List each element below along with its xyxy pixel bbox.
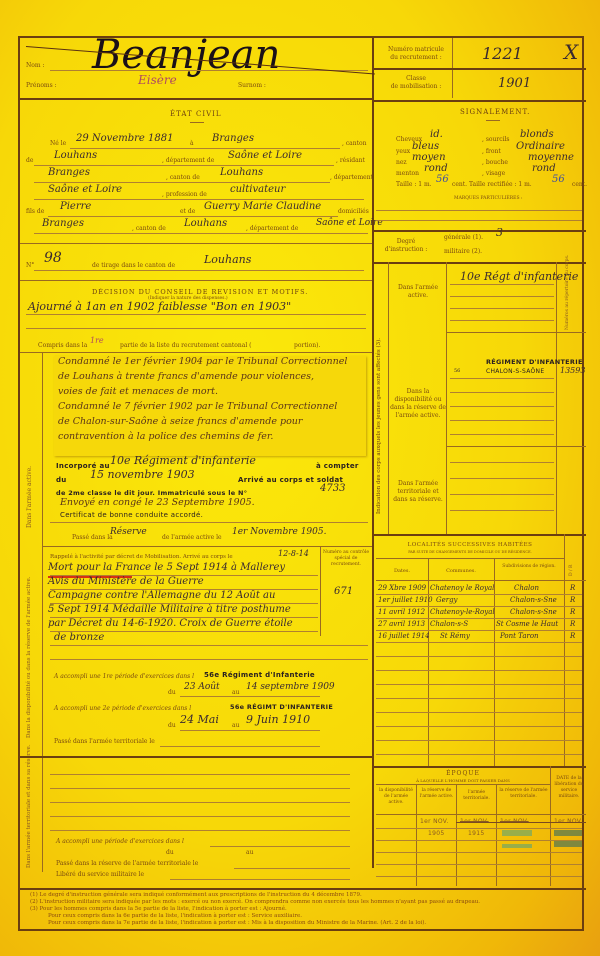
active-value: 10e Régt d'infanterie [460, 270, 578, 283]
disponibilite-stamp-1: RÉGIMENT D'INFANTERIE [486, 358, 583, 366]
profession: cultivateur [230, 184, 285, 195]
row-line [450, 420, 554, 421]
matricule-bottom-line [372, 68, 586, 70]
p2-au: 9 Juin 1910 [246, 713, 310, 726]
profession-label: , profession de [162, 191, 207, 198]
controle-divider [320, 546, 321, 636]
p1-au: 14 septembre 1909 [246, 682, 335, 692]
row-line [376, 618, 582, 619]
section-divider [376, 784, 550, 785]
passe-reserve-label: Passé dans la [72, 534, 113, 541]
row-dr: R [570, 584, 575, 592]
section-divider [20, 756, 372, 758]
epoque-val-3-crossed [502, 844, 532, 848]
yeux-label: yeux [396, 148, 410, 155]
controle-label: Numéro au contrôle spécial de recrutemen… [322, 550, 370, 568]
row-commune: Chalon-s-S [430, 620, 468, 628]
row-subdivision: Chalon-s-Sne [510, 596, 557, 604]
residence: Branges [48, 167, 90, 178]
residant-label: , résidant [336, 157, 365, 164]
fils-de-label: fils de [26, 208, 44, 215]
row-line [450, 284, 554, 285]
row-subdivision: Chalon-s-Sne [510, 608, 557, 616]
row-line [450, 478, 554, 479]
section-divider [376, 558, 564, 559]
row-line [376, 698, 582, 699]
departement-naissance: Saône et Loire [228, 150, 302, 161]
instruction-label-1: Degré [376, 238, 436, 245]
footnote-3: (3) Pour les hommes compris dans la 5e p… [30, 906, 287, 912]
localites-col-dr: D / R [569, 546, 574, 576]
passe-reserve-label-2: de l'armée active le [162, 534, 222, 541]
footnotes-divider [20, 888, 586, 890]
tirage-canton: Louhans [204, 253, 251, 266]
etat-civil-underline [190, 122, 204, 123]
instruction-label-2: d'instruction : [376, 246, 436, 253]
compris-value: 1re [90, 336, 104, 345]
compris-suffix: partie de la liste du recrutement canton… [120, 342, 252, 349]
localites-col-commune: Communes. [428, 568, 494, 574]
matricule-mark: X [564, 40, 578, 64]
header-divider [20, 98, 372, 100]
row-dr: R [570, 620, 575, 628]
section-divider [372, 766, 586, 768]
row-line [234, 868, 350, 869]
section-divider [446, 332, 586, 333]
epoque-subtitle: À LAQUELLE L'HOMME DOIT PASSER DANS [376, 778, 550, 783]
epoque-val-4-crossed [554, 830, 582, 836]
row-line [376, 656, 582, 657]
taille-rectifiee-label: cent. Taille rectifiée : 1 m. [452, 181, 532, 188]
row-line [376, 740, 582, 741]
conge-line: Envoyé en congé le 23 Septembre 1905. [60, 497, 255, 508]
row-line [376, 210, 582, 211]
condamnation-line: de Louhans à trente francs d'amende pour… [58, 371, 314, 382]
row-line [50, 659, 368, 660]
row-line [376, 754, 582, 755]
side-label-territoriale: Dans l'armée territoriale et dans sa rés… [26, 778, 32, 868]
row-line [376, 670, 582, 671]
row-line [376, 828, 582, 829]
domicilies-label: domiciliés [338, 208, 369, 215]
territoriale-label: Passé dans l'armée territoriale le [54, 738, 155, 745]
row-line [50, 788, 350, 789]
canton-res-label: , canton de [166, 174, 200, 181]
nom-label: Nom : [26, 62, 44, 69]
localites-col-date: Dates. [376, 568, 428, 574]
tirage-label: de tirage dans le canton de [92, 262, 175, 269]
nom-value: Beanjean [92, 32, 280, 78]
section-divider [372, 262, 586, 264]
row-commune: St Rémy [440, 632, 470, 640]
bouche-label: , bouche [482, 159, 508, 166]
prenoms-label: Prénoms : [26, 82, 57, 89]
row-line [450, 392, 554, 393]
epoque-col-disponibilite: la disponibilité de l'armée active. [376, 788, 416, 806]
p2-du-label: du [168, 722, 176, 729]
row-line [376, 606, 582, 607]
p1-du: 23 Août [184, 682, 220, 692]
epoque-col-reserve-active: la réserve de l'armée active. [417, 788, 456, 800]
row-subdivision: Chalon [514, 584, 539, 592]
signalement-underline [486, 120, 500, 121]
p2-au-label: au [232, 722, 239, 729]
section-divider [376, 580, 586, 581]
departement-residence: Saône et Loire [48, 184, 122, 195]
row-line [450, 434, 554, 435]
sourcils-label: , sourcils [482, 136, 510, 143]
row-line [70, 148, 340, 149]
condamnations-slip: Condamné le 1er février 1904 par le Trib… [54, 356, 366, 456]
side-label-active: Dans l'armée active. [26, 418, 33, 528]
rappel-line: par Décret du 14-6-1920. Croix de Guerre… [48, 618, 293, 629]
departement-label-2: , département [330, 174, 373, 181]
canton-naissance: Louhans [54, 150, 97, 161]
section-divider [372, 230, 586, 232]
date-liberation-title: DATE de la libération du service militai… [552, 776, 586, 800]
row-dr: R [570, 596, 575, 604]
p1-label: A accompli une 1re période d'exercices d… [54, 673, 194, 680]
ne-le-label: Né le [50, 140, 66, 147]
etat-civil-title: ÉTAT CIVIL [170, 110, 222, 118]
footnote-4: Pour ceux compris dans la 6e partie de l… [48, 913, 302, 919]
row-date: 1er juillet 1910 [378, 596, 433, 604]
yeux: bleus [412, 141, 439, 152]
active-label: Dans l'armée active. [390, 284, 446, 300]
cheveux: id. [430, 129, 443, 140]
row-line [450, 494, 554, 495]
canton-residence: Louhans [220, 167, 263, 178]
disponibilite-label: Dans la disponibilité ou dans la réserve… [390, 388, 446, 420]
corps-divider [446, 262, 447, 534]
rappel-label: Rappelé à l'activité par décret de Mobil… [50, 554, 233, 560]
row-line [50, 816, 350, 817]
row-line [376, 840, 582, 841]
row-line [48, 216, 338, 217]
row-line [450, 510, 554, 511]
et-de-label: et de [180, 208, 195, 215]
row-commune: Chatenoy-le-Royal [430, 608, 495, 616]
row-line [50, 774, 350, 775]
side-label-divider [42, 352, 43, 872]
row-line [160, 746, 320, 747]
taille-rectifiee: 56 [552, 174, 565, 185]
compter-label: à compter [316, 462, 359, 470]
localites-title: LOCALITÉS SUCCESSIVES HABITÉES [376, 542, 564, 548]
registre-matricule-sheet: Nom : Beanjean Prénoms : Eisère Surnom :… [18, 36, 584, 931]
marques-label: MARQUES PARTICULIÈRES : [454, 196, 522, 201]
compris-label: Compris dans la [38, 342, 87, 349]
corps-divider [388, 262, 389, 534]
tirage-no: 98 [44, 250, 62, 266]
incorporation-date: 15 novembre 1903 [90, 468, 195, 481]
domicile: Branges [42, 218, 84, 229]
row-line [376, 712, 582, 713]
row-commune: Gergy [436, 596, 458, 604]
canton-dom-label: , canton de [132, 225, 166, 232]
passe-reserve-value: Réserve [110, 527, 147, 537]
p2-label: A accompli une 2e période d'exercices da… [54, 705, 191, 712]
section-divider [42, 546, 372, 547]
lieu-naissance: Branges [212, 133, 254, 144]
immatricule-no: 4733 [320, 483, 345, 494]
footnote-5: Pour ceux compris dans la 7e partie de l… [48, 920, 426, 926]
a-label: à [190, 140, 194, 147]
section-divider [20, 352, 372, 353]
row-line [50, 631, 318, 632]
corps-vertical-label: Indication des corps auxquels les jeunes… [376, 274, 382, 514]
rappel-line: de bronze [54, 632, 104, 643]
section-divider [446, 446, 586, 447]
row-line [180, 730, 320, 731]
row-date: 29 Xbre 1909 [378, 584, 426, 592]
epoque-col-territoriale: l'armée territoriale. [457, 790, 496, 802]
portion-label: portion). [294, 342, 320, 349]
row-line [450, 320, 554, 321]
taille: 56 [436, 174, 449, 185]
row-line [34, 182, 330, 183]
localites-subtitle: PAR SUITE DE CHANGEMENTS DE DOMICILE OU … [376, 550, 564, 554]
row-line [450, 406, 554, 407]
row-line [50, 603, 318, 604]
rappel-line: Mort pour la France le 5 Sept 1914 à Mal… [48, 562, 285, 573]
row-date: 27 avril 1913 [378, 620, 425, 628]
footnote-1: (1) Le degré d'instruction générale sera… [30, 892, 362, 898]
epoque-val-3-crossed [502, 830, 532, 836]
canton-domicile: Louhans [184, 218, 227, 229]
row-line [34, 233, 368, 234]
row-line [450, 296, 554, 297]
condamnation-line: Condamné le 7 février 1902 par le Tribun… [58, 401, 337, 412]
classe-value: 1901 [498, 76, 531, 91]
classe-bottom-line [372, 100, 586, 102]
row-dr: R [570, 632, 575, 640]
row-subdivision: Pont Taron [500, 632, 539, 640]
row-line [376, 684, 582, 685]
p1-au-label: au [232, 689, 239, 696]
epoque-strikethrough [456, 822, 586, 823]
row-line [376, 594, 582, 595]
row-line [450, 308, 554, 309]
surnom-label: Surnom : [238, 82, 266, 89]
libere-label: Libéré du service militaire le [56, 871, 144, 878]
prenoms-value: Eisère [138, 73, 177, 87]
section-divider [20, 280, 372, 281]
row-line [180, 696, 320, 697]
epoque-val-1: 1er NOV. [420, 818, 449, 825]
departement-dom-label: , département de [246, 225, 298, 232]
row-line [170, 879, 350, 880]
certificat-line: Certificat de bonne conduite accordé. [60, 511, 203, 519]
rappel-line: Campagne contre l'Allemagne du 12 Août a… [48, 590, 275, 601]
row-line [50, 645, 368, 646]
row-line [376, 852, 582, 853]
taille-label: Taille : 1 m. [396, 181, 432, 188]
row-line [376, 726, 582, 727]
row-line [34, 199, 364, 200]
classe-label-1: Classe [380, 75, 452, 82]
p1-du-label: du [168, 689, 176, 696]
front-label: , front [482, 148, 501, 155]
epoque-title: ÉPOQUE [376, 770, 550, 777]
menton-label: menton [396, 170, 419, 177]
terr-periode-label: A accompli une période d'exercices dans … [56, 838, 184, 845]
p1-unit: 56e Régiment d'Infanterie [204, 671, 315, 679]
visage-label: , visage [482, 170, 505, 177]
section-divider [20, 243, 372, 244]
row-line [50, 617, 318, 618]
side-label-disponibilite: Dans la disponibilité ou dans la réserve… [26, 598, 32, 738]
disponibilite-stamp-2: CHALON-S-SAÔNE [486, 368, 544, 375]
row-line [50, 830, 350, 831]
generale-label: générale (1). [444, 234, 483, 241]
incorpore-regiment: 10e Régiment d'infanterie [110, 454, 256, 467]
epoque-divider [550, 766, 551, 886]
column-divider [372, 38, 374, 868]
row-line [50, 589, 318, 590]
classe-label-2: de mobilisation : [380, 83, 452, 90]
row-line [34, 270, 364, 271]
bouche: moyenne [528, 152, 574, 163]
corps-divider [556, 262, 557, 534]
row-subdivision: St Cosme le Haut [496, 620, 558, 628]
condamnation-line: de Chalon-sur-Saône à seize francs d'ame… [58, 416, 302, 427]
row-line [50, 575, 318, 576]
territoriale-corps-label: Dans l'armée territoriale et dans sa rés… [390, 480, 446, 504]
epoque-col-reserve-territoriale: la réserve de l'armée territoriale. [497, 788, 550, 800]
decision-title: DÉCISION DU CONSEIL DE REVISION ET MOTIF… [92, 288, 308, 296]
decision-value: Ajourné à 1an en 1902 faiblesse "Bon en … [28, 300, 291, 313]
row-line [210, 846, 350, 847]
row-line [34, 165, 334, 166]
p2-du: 24 Mai [180, 713, 219, 726]
condamnation-line: contravention à la police des chemins de… [58, 431, 273, 442]
row-line [50, 522, 368, 523]
rappel-line: 5 Sept 1914 Médaille Militaire à titre p… [48, 604, 291, 615]
row-line [376, 642, 582, 643]
departement-domicile: Saône et Loire [316, 218, 383, 228]
front: Ordinaire [516, 141, 565, 152]
row-date: 11 avril 1912 [378, 608, 425, 616]
section-divider [372, 534, 586, 536]
section-divider [376, 814, 586, 815]
footnote-2: (2) L'instruction militaire sera indiqué… [30, 899, 480, 905]
menton: rond [424, 163, 448, 174]
terr-du-label: du [166, 849, 174, 856]
row-dr: R [570, 608, 575, 616]
pere: Pierre [60, 201, 91, 212]
repertoire-value: 13593 [560, 366, 585, 375]
row-commune: Chatenoy le Royal [430, 584, 494, 592]
signalement-title: SIGNALEMENT. [460, 108, 530, 116]
nez-label: nez [396, 159, 407, 166]
terr-au-label: au [246, 849, 253, 856]
nez: moyen [412, 152, 446, 163]
epoque-val-2-year: 1915 [468, 830, 484, 837]
localites-col-subdivision: Subdivisions de région. [496, 564, 562, 570]
row-line [450, 378, 554, 379]
row-line [26, 314, 366, 315]
localites-divider [428, 558, 429, 766]
epoque-val-4-crossed [554, 841, 582, 847]
matricule-value: 1221 [482, 44, 523, 63]
disponibilite-prefix: 56 [454, 368, 460, 374]
canton-label: , canton [342, 140, 367, 147]
row-line [376, 864, 582, 865]
condamnation-line: voies de fait et menaces de mort. [58, 386, 218, 397]
sourcils: blonds [520, 129, 554, 140]
militaire-label: militaire (2). [444, 248, 482, 255]
matricule-label-2: du recrutement : [380, 54, 452, 61]
du-label: du [56, 476, 67, 484]
controle-value: 671 [334, 586, 353, 597]
row-line [450, 462, 554, 463]
reserve-terr-label: Passé dans la réserve de l'armée territo… [56, 860, 198, 867]
epoque-val-1-year: 1905 [428, 830, 444, 837]
rappel-line: Avis du Ministère de la Guerre [48, 576, 204, 587]
p2-unit: 56e RÉGIMT D'INFANTERIE [230, 703, 333, 711]
localites-divider [564, 534, 565, 766]
ne-le-value: 29 Novembre 1881 [76, 133, 173, 144]
row-date: 16 juillet 1914 [378, 632, 430, 640]
cent-label: cent. [572, 181, 587, 188]
departement-label: , département de [162, 157, 214, 164]
classe-label: de 2me classe le dit jour. Immatriculé s… [56, 489, 247, 497]
mere: Guerry Marie Claudine [204, 201, 321, 212]
row-line [50, 802, 350, 803]
visage: rond [532, 163, 556, 174]
matricule-label-1: Numéro matricule [380, 46, 452, 53]
row-line [376, 630, 582, 631]
row-line [26, 328, 366, 329]
row-line [376, 220, 582, 221]
condamnation-line: Condamné le 1er février 1904 par le Trib… [58, 356, 347, 367]
passe-reserve-date: 1er Novembre 1905. [232, 527, 326, 537]
tirage-no-label: N° [26, 262, 34, 269]
row-line [376, 876, 582, 877]
generale: 3 [496, 226, 503, 239]
de-label: de [26, 157, 33, 164]
rappel-date: 12-8-14 [278, 549, 309, 558]
